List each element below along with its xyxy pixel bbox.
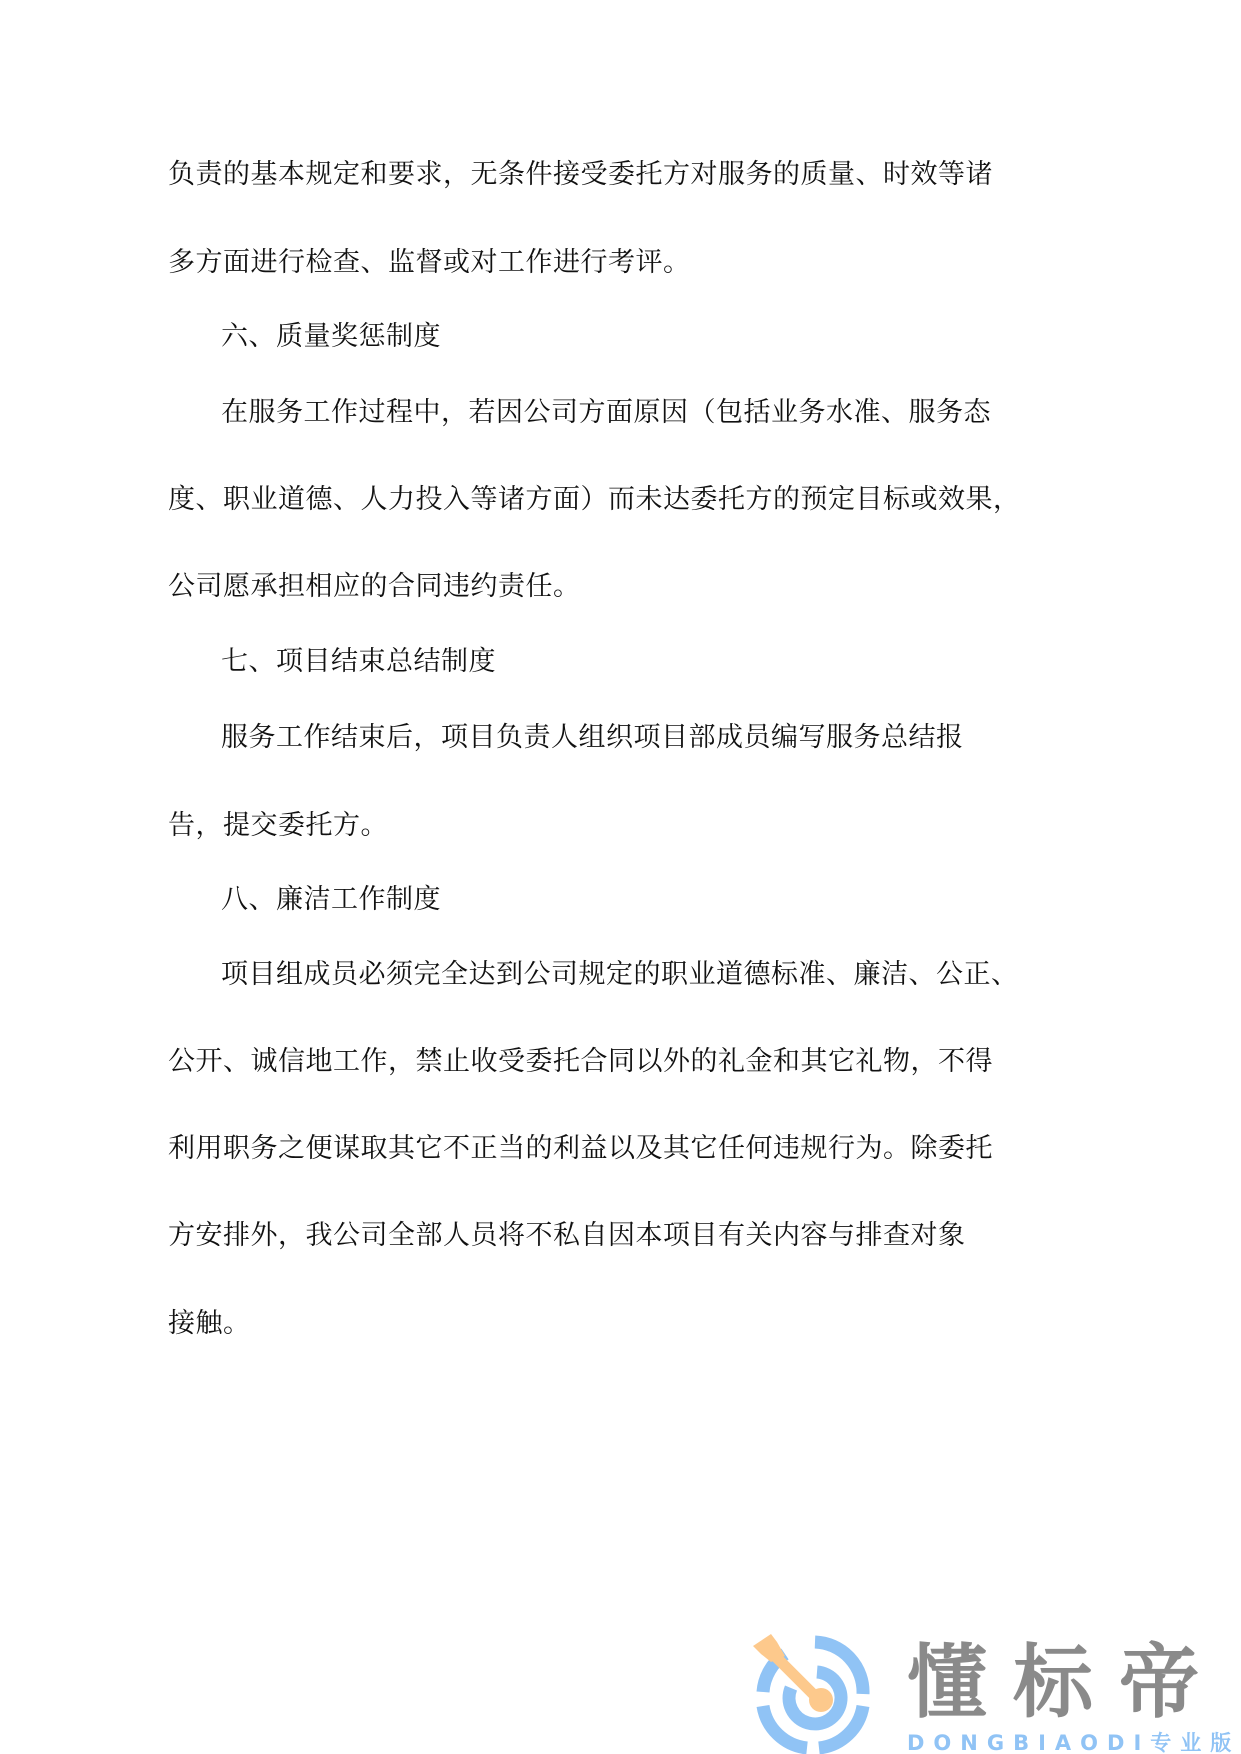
body-text-line: 告，提交委托方。 xyxy=(168,809,388,843)
body-text-line: 接触。 xyxy=(168,1307,251,1341)
body-text-line: 负责的基本规定和要求，无条件接受委托方对服务的质量、时效等诸 xyxy=(168,158,993,192)
body-text-line: 方安排外，我公司全部人员将不私自因本项目有关内容与排查对象 xyxy=(168,1219,966,1253)
section-heading-6: 六、质量奖惩制度 xyxy=(221,320,441,354)
watermark-logo: 懂标帝 DONGBIAODI专业版 xyxy=(745,1628,1225,1754)
brand-subtitle: DONGBIAODI专业版 xyxy=(907,1732,1240,1754)
document-page: 负责的基本规定和要求，无条件接受委托方对服务的质量、时效等诸 多方面进行检查、监… xyxy=(0,0,1241,1754)
body-text-line: 利用职务之便谋取其它不正当的利益以及其它任何违规行为。除委托 xyxy=(168,1132,993,1166)
body-text-line: 服务工作结束后，项目负责人组织项目部成员编写服务总结报 xyxy=(221,721,964,755)
section-heading-7: 七、项目结束总结制度 xyxy=(221,645,496,679)
brand-name: 懂标帝 xyxy=(907,1638,1225,1728)
target-arrow-icon xyxy=(745,1628,875,1754)
body-text-line: 多方面进行检查、监督或对工作进行考评。 xyxy=(168,246,691,280)
body-text-line: 项目组成员必须完全达到公司规定的职业道德标准、廉洁、公正、 xyxy=(221,958,1019,992)
section-heading-8: 八、廉洁工作制度 xyxy=(221,883,441,917)
body-text-line: 在服务工作过程中，若因公司方面原因（包括业务水准、服务态 xyxy=(221,396,991,430)
body-text-line: 公开、诚信地工作，禁止收受委托合同以外的礼金和其它礼物，不得 xyxy=(168,1045,993,1079)
body-text-line: 公司愿承担相应的合同违约责任。 xyxy=(168,570,581,604)
body-text-line: 度、职业道德、人力投入等诸方面）而未达委托方的预定目标或效果， xyxy=(168,483,1021,517)
